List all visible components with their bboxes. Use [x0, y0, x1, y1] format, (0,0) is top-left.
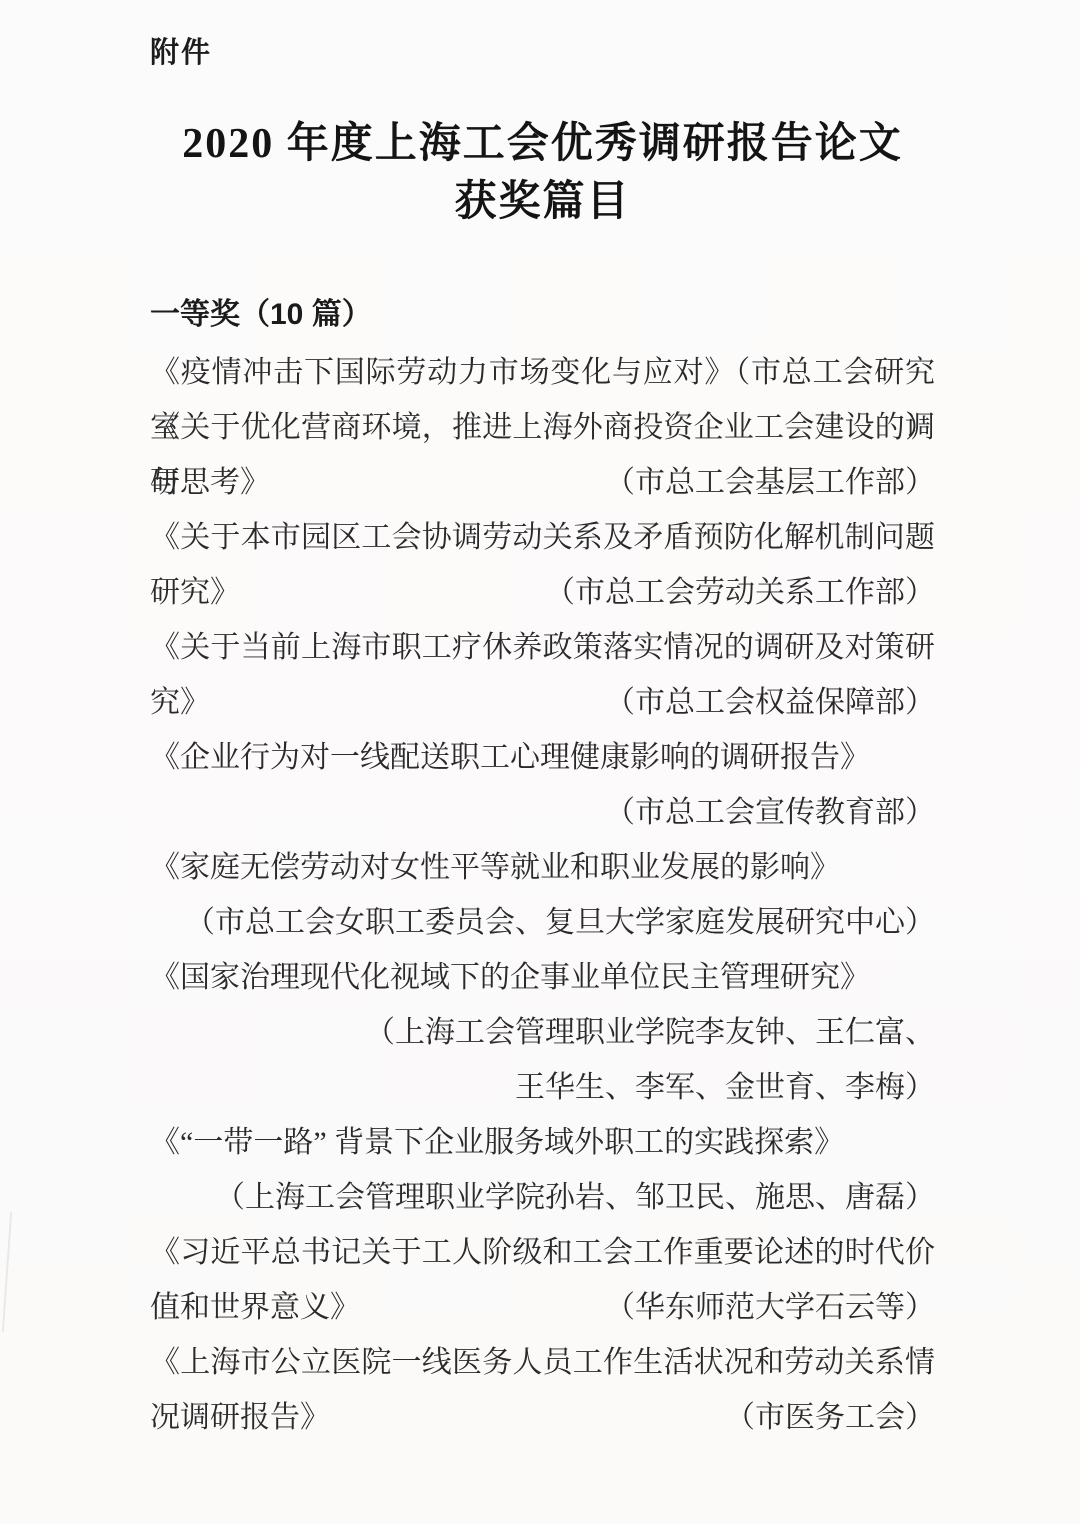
paper-organization: （市医务工会） — [725, 1390, 935, 1445]
attachment-label: 附件 — [150, 30, 935, 71]
list-line: 研究》（市总工会劳动关系工作部） — [150, 565, 935, 620]
section-heading-first-prize: 一等奖（10 篇） — [150, 297, 935, 333]
list-line: 《疫情冲击下国际劳动力市场变化与应对》（市总工会研究室） — [150, 345, 935, 400]
award-list: 《疫情冲击下国际劳动力市场变化与应对》（市总工会研究室）《关于优化营商环境，推进… — [150, 345, 935, 1445]
list-line: 《关于优化营商环境，推进上海外商投资企业工会建设的调研 — [150, 400, 935, 455]
paper-organization: （市总工会权益保障部） — [605, 675, 935, 730]
list-line: 《上海市公立医院一线医务人员工作生活状况和劳动关系情 — [150, 1335, 935, 1390]
title-line-2: 获奖篇目 — [150, 173, 935, 231]
paper-title-fragment: 况调研报告》 — [150, 1390, 330, 1445]
paper-title-fragment: 究》 — [150, 675, 210, 730]
list-line: 《家庭无偿劳动对女性平等就业和职业发展的影响》 — [150, 840, 935, 895]
list-line: 《国家治理现代化视域下的企事业单位民主管理研究》 — [150, 950, 935, 1005]
list-line: 究》（市总工会权益保障部） — [150, 675, 935, 730]
document-title: 2020 年度上海工会优秀调研报告论文 获奖篇目 — [150, 115, 935, 231]
paper-organization: （市总工会劳动关系工作部） — [545, 565, 935, 620]
paper-title-fragment: 研究》 — [150, 565, 240, 620]
list-line: 《关于本市园区工会协调劳动关系及矛盾预防化解机制问题 — [150, 510, 935, 565]
list-line: 《“一带一路” 背景下企业服务域外职工的实践探索》 — [150, 1115, 935, 1170]
scan-artifact — [2, 1212, 12, 1332]
list-line: 《企业行为对一线配送职工心理健康影响的调研报告》 — [150, 730, 935, 785]
list-line: （市总工会宣传教育部） — [150, 785, 935, 840]
paper-organization: （华东师范大学石云等） — [605, 1280, 935, 1335]
list-line: 《习近平总书记关于工人阶级和工会工作重要论述的时代价 — [150, 1225, 935, 1280]
list-line: （上海工会管理职业学院孙岩、邹卫民、施思、唐磊） — [150, 1170, 935, 1225]
list-line: 况调研报告》（市医务工会） — [150, 1390, 935, 1445]
list-line: （上海工会管理职业学院李友钟、王仁富、 — [150, 1005, 935, 1060]
list-line: 与思考》（市总工会基层工作部） — [150, 455, 935, 510]
list-line: 《关于当前上海市职工疗休养政策落实情况的调研及对策研 — [150, 620, 935, 675]
list-line: （市总工会女职工委员会、复旦大学家庭发展研究中心） — [150, 895, 935, 950]
list-line: 值和世界意义》（华东师范大学石云等） — [150, 1280, 935, 1335]
list-line: 王华生、李军、金世育、李梅） — [150, 1060, 935, 1115]
paper-title-fragment: 与思考》 — [150, 455, 270, 510]
document-page: 附件 2020 年度上海工会优秀调研报告论文 获奖篇目 一等奖（10 篇） 《疫… — [0, 0, 1080, 1524]
title-line-1: 2020 年度上海工会优秀调研报告论文 — [150, 115, 935, 173]
paper-organization: （市总工会基层工作部） — [605, 455, 935, 510]
paper-title-fragment: 值和世界意义》 — [150, 1280, 360, 1335]
